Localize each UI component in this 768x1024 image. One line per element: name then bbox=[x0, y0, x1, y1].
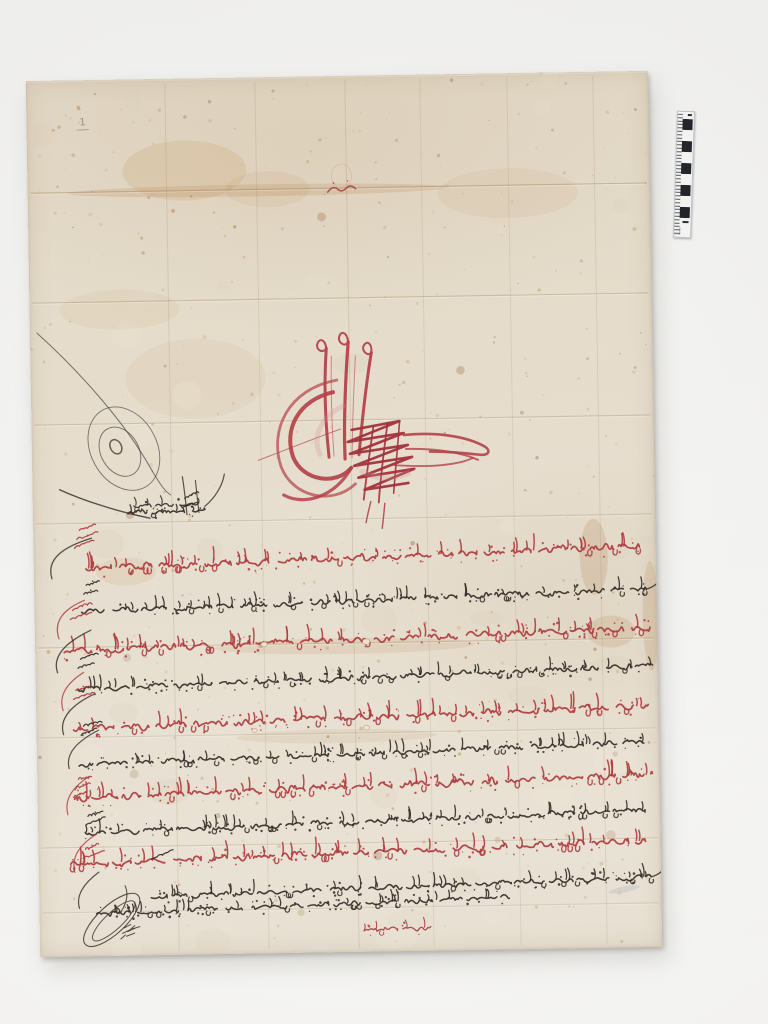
script-diacritic bbox=[530, 667, 532, 669]
script-diacritic bbox=[303, 851, 305, 853]
script-diacritic bbox=[246, 761, 247, 762]
script-ascender bbox=[618, 577, 619, 590]
script-diacritic bbox=[192, 863, 194, 865]
script-diacritic bbox=[637, 550, 639, 552]
script-ascender bbox=[589, 624, 590, 629]
tughra-stroke bbox=[331, 356, 334, 456]
foxing-speck bbox=[386, 118, 387, 119]
script-diacritic bbox=[343, 723, 345, 725]
script-diacritic bbox=[612, 872, 613, 873]
script-diacritic bbox=[555, 673, 556, 674]
margin-flourish bbox=[204, 474, 225, 506]
foxing-speck bbox=[652, 823, 653, 824]
script-diacritic bbox=[328, 683, 329, 684]
script-diacritic bbox=[330, 551, 333, 554]
foxing-speck bbox=[488, 120, 489, 121]
script-diacritic bbox=[530, 741, 532, 743]
script-diacritic bbox=[259, 597, 261, 599]
foxing-speck bbox=[30, 161, 31, 162]
script-ascender bbox=[239, 819, 240, 825]
script-ascender bbox=[428, 895, 429, 900]
foxing-speck bbox=[265, 166, 267, 168]
stain-blotch bbox=[59, 289, 180, 331]
script-diacritic bbox=[155, 692, 157, 694]
foxing-speck bbox=[393, 397, 394, 398]
script-ascender bbox=[120, 848, 122, 861]
script-descender bbox=[231, 793, 235, 799]
script-descender bbox=[378, 678, 382, 683]
script-descender bbox=[575, 881, 579, 886]
script-diacritic bbox=[266, 714, 269, 717]
foxing-speck bbox=[294, 367, 295, 368]
script-descender bbox=[418, 752, 422, 757]
script-ascender bbox=[402, 739, 404, 751]
foxing-speck bbox=[58, 833, 61, 836]
script-diacritic bbox=[454, 755, 456, 757]
script-diacritic bbox=[506, 741, 508, 743]
foxing-speck bbox=[565, 834, 569, 838]
scale-bar-foot-mark bbox=[682, 221, 688, 223]
foxing-speck bbox=[361, 665, 365, 669]
script-descender bbox=[264, 683, 268, 688]
script-descender bbox=[568, 845, 572, 852]
script-ascender bbox=[441, 542, 442, 554]
foxing-speck bbox=[494, 772, 495, 773]
script-diacritic bbox=[447, 549, 449, 551]
foxing-speck bbox=[365, 85, 367, 87]
paper-mottle-patch bbox=[589, 342, 608, 366]
script-diacritic bbox=[179, 865, 180, 866]
foxing-speck bbox=[293, 949, 295, 951]
foxing-speck bbox=[645, 344, 646, 345]
script-diacritic bbox=[590, 849, 592, 851]
script-ascender bbox=[544, 699, 545, 709]
foxing-speck bbox=[535, 147, 538, 150]
script-diacritic bbox=[570, 665, 572, 667]
script-diacritic bbox=[327, 827, 329, 829]
script-diacritic bbox=[583, 633, 585, 635]
horizontal-crease bbox=[34, 415, 650, 425]
script-diacritic bbox=[522, 706, 524, 708]
script-diacritic bbox=[480, 787, 482, 789]
foxing-speck bbox=[303, 698, 306, 701]
script-diacritic bbox=[287, 727, 288, 728]
foxing-speck bbox=[277, 209, 279, 211]
script-ascender bbox=[482, 809, 483, 816]
script-ascender bbox=[569, 836, 570, 844]
foxing-speck bbox=[384, 148, 385, 149]
script-ascender bbox=[562, 663, 564, 668]
script-diacritic bbox=[548, 773, 550, 775]
script-ascender bbox=[543, 587, 545, 593]
script-ascender bbox=[421, 743, 422, 751]
stain-blotch bbox=[237, 727, 437, 744]
foxing-speck bbox=[148, 626, 150, 628]
foxing-speck bbox=[64, 212, 65, 213]
script-diacritic bbox=[552, 673, 554, 675]
foxing-speck bbox=[429, 438, 431, 440]
foxing-speck bbox=[164, 670, 167, 673]
foxing-speck bbox=[352, 146, 354, 148]
script-diacritic bbox=[362, 827, 364, 829]
foxing-speck bbox=[615, 442, 618, 445]
paper-mottle-patch bbox=[79, 744, 104, 763]
foxing-speck bbox=[608, 270, 609, 271]
script-diacritic bbox=[121, 641, 123, 643]
stain-blotch bbox=[642, 561, 660, 671]
script-ascender bbox=[117, 824, 118, 831]
script-diacritic bbox=[234, 689, 236, 691]
paper-mottle-patch bbox=[364, 318, 395, 345]
script-diacritic bbox=[186, 690, 188, 692]
foxing-speck bbox=[584, 896, 587, 899]
foxing-speck bbox=[461, 442, 464, 445]
script-diacritic bbox=[448, 744, 450, 746]
script-ascender bbox=[178, 636, 179, 646]
script-diacritic bbox=[260, 601, 262, 603]
foxing-speck bbox=[547, 617, 549, 619]
script-diacritic bbox=[348, 604, 350, 606]
crease-highlight bbox=[42, 839, 658, 849]
script-ascender bbox=[213, 547, 214, 563]
foxing-speck bbox=[518, 113, 520, 115]
script-diacritic bbox=[491, 716, 493, 718]
script-ascender bbox=[440, 811, 441, 818]
vertical-crease bbox=[345, 80, 359, 948]
script-diacritic bbox=[209, 613, 210, 614]
script-ascender bbox=[344, 780, 345, 787]
tughra-stroke bbox=[324, 348, 329, 457]
script-ascender bbox=[149, 755, 150, 761]
script-diacritic bbox=[387, 898, 389, 900]
script-ascender bbox=[324, 706, 326, 718]
foxing-speck bbox=[545, 643, 547, 645]
script-diacritic bbox=[330, 761, 331, 762]
foxing-speck bbox=[206, 600, 209, 603]
script-diacritic bbox=[307, 726, 309, 728]
script-ascender bbox=[80, 847, 81, 863]
script-diacritic bbox=[177, 560, 178, 561]
script-diacritic bbox=[276, 829, 278, 831]
script-diacritic bbox=[217, 822, 219, 824]
tughra-seal bbox=[256, 330, 490, 530]
script-descender bbox=[245, 828, 249, 833]
script-diacritic bbox=[397, 562, 399, 564]
foxing-speck bbox=[72, 226, 74, 228]
foxing-speck bbox=[272, 98, 274, 100]
foxing-speck bbox=[374, 161, 376, 163]
foxing-speck bbox=[458, 752, 461, 755]
gray-smudge bbox=[608, 883, 641, 895]
script-diacritic bbox=[384, 550, 386, 552]
script-ascender bbox=[357, 749, 358, 753]
script-ascender bbox=[573, 832, 575, 843]
script-ascender bbox=[516, 538, 517, 551]
script-ascender bbox=[551, 695, 553, 709]
foxing-speck bbox=[437, 154, 440, 157]
script-ascender bbox=[248, 714, 249, 722]
foxing-speck bbox=[620, 940, 623, 943]
script-diacritic bbox=[256, 716, 258, 718]
script-diacritic bbox=[425, 903, 427, 905]
script-diacritic bbox=[146, 823, 147, 824]
script-diacritic bbox=[370, 935, 371, 936]
script-descender bbox=[338, 891, 342, 896]
script-diacritic bbox=[358, 633, 359, 634]
script-diacritic bbox=[262, 610, 264, 612]
foxing-speck bbox=[618, 603, 620, 605]
foxing-speck bbox=[156, 662, 158, 664]
script-diacritic bbox=[638, 698, 639, 699]
foxing-speck bbox=[189, 593, 191, 595]
foxing-speck bbox=[243, 256, 246, 259]
script-diacritic bbox=[116, 915, 118, 917]
script-descender bbox=[159, 649, 163, 656]
script-ascender bbox=[375, 877, 376, 888]
script-ascender bbox=[188, 784, 189, 793]
foxing-speck bbox=[387, 256, 389, 258]
script-descender bbox=[148, 913, 152, 918]
script-ascender bbox=[226, 815, 227, 827]
script-diacritic bbox=[338, 882, 340, 884]
script-diacritic bbox=[248, 761, 250, 763]
script-diacritic bbox=[286, 828, 287, 829]
script-diacritic bbox=[526, 627, 528, 629]
photo-backdrop: 1 bbox=[0, 0, 768, 1024]
script-ascender bbox=[439, 706, 440, 714]
script-ascender bbox=[315, 837, 316, 853]
foxing-speck bbox=[310, 628, 313, 631]
script-descender bbox=[496, 884, 500, 889]
script-descender bbox=[588, 779, 592, 785]
foxing-speck bbox=[592, 175, 594, 177]
script-ascender bbox=[513, 542, 514, 550]
script-diacritic bbox=[197, 912, 199, 914]
foxing-speck bbox=[241, 338, 244, 341]
foxing-speck bbox=[272, 371, 276, 375]
script-diacritic bbox=[119, 603, 121, 605]
script-ascender bbox=[202, 674, 203, 683]
scale-bar-white-segment bbox=[681, 174, 691, 185]
foxing-speck bbox=[608, 506, 609, 507]
foxing-speck bbox=[572, 247, 573, 248]
foxing-speck bbox=[525, 372, 528, 375]
script-diacritic bbox=[364, 549, 365, 550]
script-diacritic bbox=[146, 683, 147, 684]
foxing-speck bbox=[217, 251, 218, 252]
script-ascender bbox=[642, 802, 643, 810]
script-diacritic bbox=[638, 671, 640, 673]
scale-bar-cap-mark bbox=[688, 114, 692, 116]
script-diacritic bbox=[171, 680, 173, 682]
foxing-speck bbox=[430, 412, 431, 413]
script-diacritic bbox=[163, 892, 165, 894]
script-diacritic bbox=[444, 854, 446, 856]
foxing-speck bbox=[612, 591, 614, 593]
script-descender bbox=[274, 857, 278, 863]
script-ascender bbox=[341, 629, 342, 640]
script-ascender bbox=[188, 901, 189, 910]
script-diacritic bbox=[641, 768, 643, 770]
script-diacritic bbox=[624, 873, 625, 874]
signature-scribble bbox=[120, 935, 125, 939]
foxing-speck bbox=[190, 307, 192, 309]
signature-hook bbox=[119, 886, 127, 914]
script-ascender bbox=[115, 679, 116, 687]
foxing-speck bbox=[105, 169, 108, 172]
script-ascender bbox=[181, 556, 183, 564]
script-diacritic bbox=[492, 560, 494, 562]
script-ascender bbox=[568, 868, 570, 879]
script-diacritic bbox=[255, 675, 257, 677]
script-diacritic bbox=[140, 867, 142, 869]
script-diacritic bbox=[219, 830, 221, 832]
script-ascender bbox=[237, 901, 239, 907]
script-diacritic bbox=[164, 824, 166, 826]
script-diacritic bbox=[441, 593, 443, 595]
script-ascender bbox=[368, 668, 369, 677]
photo-scale-bar bbox=[673, 111, 695, 239]
script-ascender bbox=[636, 615, 638, 628]
script-ascender bbox=[125, 559, 126, 566]
script-diacritic bbox=[148, 688, 150, 690]
script-ascender bbox=[409, 809, 410, 819]
script-ascender bbox=[605, 733, 606, 743]
foxing-speck bbox=[197, 708, 199, 710]
script-ascender bbox=[320, 743, 321, 755]
script-ascender bbox=[384, 595, 386, 599]
foxing-speck bbox=[158, 589, 159, 590]
script-diacritic bbox=[309, 829, 312, 832]
foxing-speck bbox=[233, 128, 235, 130]
script-stroke bbox=[78, 664, 653, 692]
script-diacritic bbox=[396, 859, 398, 861]
script-diacritic bbox=[475, 600, 477, 602]
foxing-speck bbox=[415, 302, 418, 305]
script-diacritic bbox=[398, 710, 399, 711]
script-diacritic bbox=[333, 761, 334, 762]
script-diacritic bbox=[222, 715, 223, 716]
script-diacritic bbox=[349, 670, 351, 672]
script-ascender bbox=[111, 790, 112, 796]
script-diacritic bbox=[159, 890, 161, 892]
script-ascender bbox=[194, 556, 195, 564]
foxing-speck bbox=[274, 898, 278, 902]
script-diacritic bbox=[255, 829, 257, 831]
foxing-speck bbox=[525, 880, 526, 881]
script-ascender bbox=[241, 888, 242, 892]
script-ascender bbox=[449, 890, 450, 899]
script-diacritic bbox=[131, 757, 133, 759]
script-ascender bbox=[522, 624, 524, 632]
foxing-speck bbox=[526, 83, 528, 85]
foxing-speck bbox=[402, 381, 405, 384]
foxing-spot bbox=[410, 541, 415, 546]
script-diacritic bbox=[576, 783, 577, 784]
foxing-speck bbox=[562, 579, 565, 582]
script-ascender bbox=[315, 747, 316, 755]
script-ascender bbox=[234, 636, 235, 644]
script-descender bbox=[273, 758, 277, 763]
script-diacritic bbox=[247, 794, 249, 796]
script-diacritic bbox=[326, 885, 328, 887]
foxing-speck bbox=[475, 822, 476, 823]
spiral-doodle-core bbox=[107, 438, 124, 456]
script-diacritic bbox=[574, 595, 575, 596]
script-diacritic bbox=[325, 781, 328, 784]
foxing-speck bbox=[169, 116, 170, 117]
foxing-speck bbox=[72, 503, 75, 506]
script-ascender bbox=[204, 601, 205, 606]
script-ascender bbox=[109, 681, 110, 687]
foxing-speck bbox=[348, 113, 349, 114]
script-ascender bbox=[455, 805, 456, 817]
script-diacritic bbox=[537, 751, 539, 753]
foxing-speck bbox=[346, 833, 348, 835]
script-ascender bbox=[303, 775, 304, 788]
script-ascender bbox=[192, 640, 194, 646]
script-diacritic bbox=[508, 719, 509, 720]
script-ascender bbox=[176, 900, 177, 910]
foxing-speck bbox=[52, 613, 54, 615]
script-ascender bbox=[143, 849, 145, 860]
foxing-speck bbox=[543, 394, 545, 396]
foxing-speck bbox=[436, 414, 439, 417]
script-diacritic bbox=[64, 658, 65, 659]
script-diacritic bbox=[409, 547, 411, 549]
paper-mottle-patch bbox=[126, 86, 142, 115]
script-diacritic bbox=[126, 916, 128, 918]
script-diacritic bbox=[109, 827, 112, 830]
foxing-speck bbox=[303, 582, 306, 585]
foxing-speck bbox=[154, 108, 155, 109]
script-ascender bbox=[460, 540, 462, 553]
script-ascender bbox=[575, 621, 576, 630]
script-ascender bbox=[87, 553, 89, 568]
manuscript-line-black bbox=[85, 800, 646, 839]
script-diacritic bbox=[413, 894, 415, 896]
script-descender bbox=[281, 791, 285, 797]
manuscript-line-red bbox=[85, 532, 640, 578]
script-diacritic bbox=[558, 596, 560, 598]
script-ascender bbox=[603, 836, 604, 842]
script-diacritic bbox=[627, 845, 629, 847]
script-diacritic bbox=[331, 857, 333, 859]
script-diacritic bbox=[274, 683, 275, 684]
script-ascender bbox=[160, 496, 162, 504]
foxing-speck bbox=[73, 897, 76, 900]
paper-mottle-patch bbox=[401, 76, 436, 99]
script-ascender bbox=[183, 639, 184, 646]
scale-bar-black-segment bbox=[681, 163, 691, 174]
script-diacritic bbox=[302, 816, 304, 818]
script-diacritic bbox=[633, 872, 636, 875]
script-diacritic bbox=[177, 498, 180, 501]
script-ascender bbox=[418, 875, 419, 885]
script-diacritic bbox=[224, 651, 226, 653]
script-diacritic bbox=[127, 869, 128, 870]
script-diacritic bbox=[551, 663, 552, 664]
script-diacritic bbox=[627, 779, 629, 781]
foxing-speck bbox=[65, 169, 66, 170]
script-diacritic bbox=[65, 659, 68, 662]
script-diacritic bbox=[514, 752, 516, 754]
foxing-speck bbox=[580, 259, 583, 262]
script-diacritic bbox=[189, 756, 190, 757]
script-diacritic bbox=[275, 567, 277, 569]
crease-highlight bbox=[35, 416, 651, 426]
foxing-speck bbox=[399, 384, 401, 386]
